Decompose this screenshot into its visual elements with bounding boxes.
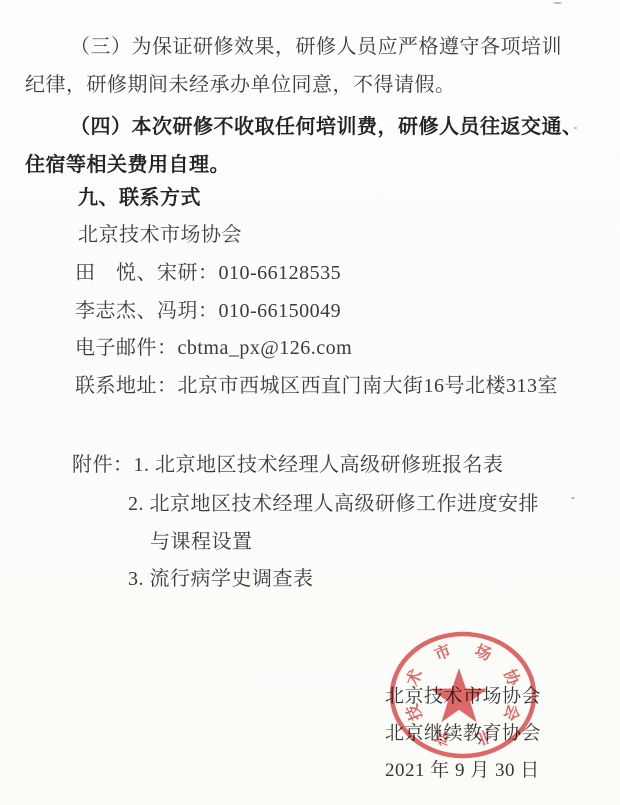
scan-speck [571, 497, 575, 499]
signing-organization-1: 北京技术市场协会 [385, 681, 541, 708]
scan-speck [574, 127, 577, 129]
seal-arc-character: 市 [432, 641, 454, 665]
attachment-item-2: 2. 北京地区技术经理人高级研修工作进度安排 [128, 487, 539, 516]
contact-phone-1: 田 悦、宋研：010-66128535 [75, 256, 341, 285]
paragraph-3-line-2: 纪律，研修期间未经承办单位同意，不得请假。 [25, 68, 456, 97]
attachment-item-3: 3. 流行病学史调查表 [128, 562, 314, 591]
document-page: （三）为保证研修效果，研修人员应严格遵守各项培训 纪律，研修期间未经承办单位同意… [0, 0, 620, 805]
paragraph-4-line-2: 住宿等相关费用自理。 [25, 148, 230, 177]
signing-organization-2: 北京继续教育协会 [385, 718, 541, 745]
contact-phone-2: 李志杰、冯玥：010-66150049 [75, 294, 341, 323]
section-9-heading: 九、联系方式 [78, 181, 201, 210]
attachment-item-1: 附件：1. 北京地区技术经理人高级研修班报名表 [72, 448, 504, 477]
contact-email: 电子邮件：cbtma_px@126.com [75, 331, 352, 360]
organization-name: 北京技术市场协会 [78, 218, 242, 247]
signature-date: 2021 年 9 月 30 日 [385, 755, 540, 782]
seal-arc-character: 场 [472, 642, 494, 665]
scan-speck [553, 2, 562, 4]
contact-address: 联系地址：北京市西城区西直门南大街16号北楼313室 [75, 369, 558, 398]
paragraph-4-line-1: （四）本次研修不收取任何培训费，研修人员往返交通、 [70, 110, 583, 139]
paragraph-3-line-1: （三）为保证研修效果，研修人员应严格遵守各项培训 [70, 30, 562, 59]
attachment-item-2-continued: 与课程设置 [150, 525, 253, 554]
